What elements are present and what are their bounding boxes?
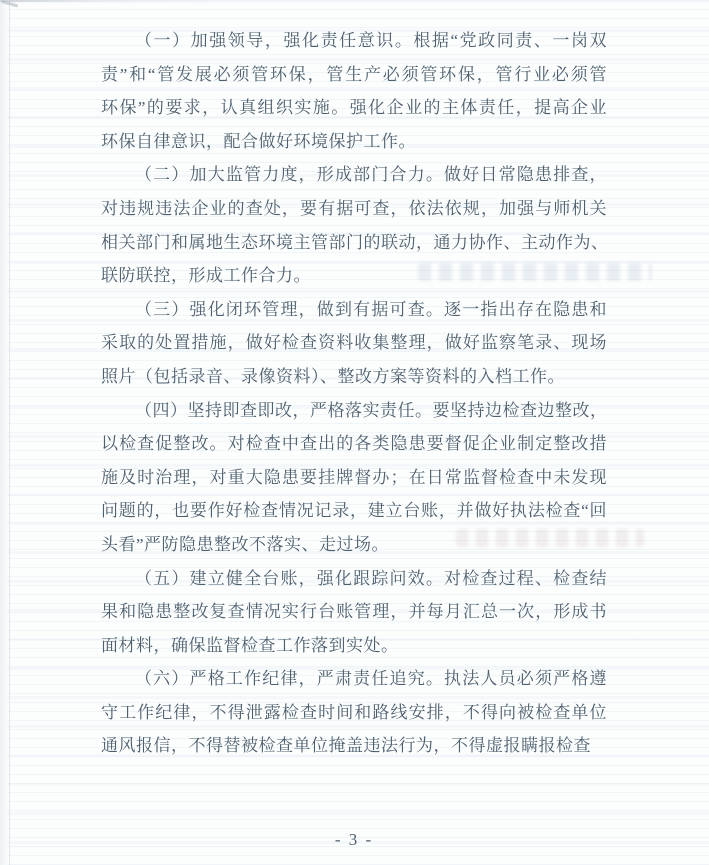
paragraph: （五）建立健全台账，强化跟踪问效。对检查过程、检查结果和隐患整改复查情况实行台账…	[101, 562, 607, 663]
text-line: 采取的处置措施，做好检查资料收集整理，做好监察笔录、现场	[101, 326, 607, 360]
text-line: （五）建立健全台账，强化跟踪问效。对检查过程、检查结	[101, 562, 607, 596]
text-line: （一）加强领导，强化责任意识。根据“党政同责、一岗双	[101, 24, 607, 58]
text-line: 果和隐患整改复查情况实行台账管理，并每月汇总一次，形成书	[101, 595, 607, 629]
text-line: 环保自律意识，配合做好环境保护工作。	[101, 125, 607, 159]
paragraph: （一）加强领导，强化责任意识。根据“党政同责、一岗双责”和“管发展必须管环保，管…	[101, 24, 607, 158]
text-line: 责”和“管发展必须管环保，管生产必须管环保，管行业必须管	[101, 58, 607, 92]
text-line: 相关部门和属地生态环境主管部门的联动，通力协作、主动作为、	[101, 226, 607, 260]
text-line: 照片（包括录音、录像资料）、整改方案等资料的入档工作。	[101, 360, 607, 394]
paragraph: （六）严格工作纪律，严肃责任追究。执法人员必须严格遵守工作纪律，不得泄露检查时间…	[101, 662, 607, 763]
document-text-block: （一）加强领导，强化责任意识。根据“党政同责、一岗双责”和“管发展必须管环保，管…	[101, 24, 607, 763]
scan-left-edge-strip	[0, 0, 9, 865]
text-line: （四）坚持即查即改，严格落实责任。要坚持边检查边整改，	[101, 394, 607, 428]
paragraph: （四）坚持即查即改，严格落实责任。要坚持边检查边整改，以检查促整改。对检查中查出…	[101, 394, 607, 562]
text-line: 对违规违法企业的查处，要有据可查，依法依规，加强与师机关	[101, 192, 607, 226]
text-line: 施及时治理，对重大隐患要挂牌督办；在日常监督检查中未发现	[101, 461, 607, 495]
text-line: （三）强化闭环管理，做到有据可查。逐一指出存在隐患和	[101, 293, 607, 327]
page-number: - 3 -	[101, 830, 607, 850]
paragraph: （三）强化闭环管理，做到有据可查。逐一指出存在隐患和采取的处置措施，做好检查资料…	[101, 293, 607, 394]
text-line: 联防联控，形成工作合力。	[101, 259, 607, 293]
paragraph: （二）加大监管力度，形成部门合力。做好日常隐患排查，对违规违法企业的查处，要有据…	[101, 158, 607, 292]
text-line: （六）严格工作纪律，严肃责任追究。执法人员必须严格遵	[101, 662, 607, 696]
scan-top-edge-line	[0, 0, 220, 2]
text-line: 通风报信，不得替被检查单位掩盖违法行为，不得虚报瞒报检查	[101, 729, 607, 763]
scanned-document-page: （一）加强领导，强化责任意识。根据“党政同责、一岗双责”和“管发展必须管环保，管…	[0, 0, 709, 865]
text-line: 头看”严防隐患整改不落实、走过场。	[101, 528, 607, 562]
text-line: 面材料，确保监督检查工作落到实处。	[101, 629, 607, 663]
text-line: 以检查促整改。对检查中查出的各类隐患要督促企业制定整改措	[101, 427, 607, 461]
scan-left-edge-line	[9, 0, 10, 865]
text-line: （二）加大监管力度，形成部门合力。做好日常隐患排查，	[101, 158, 607, 192]
text-line: 问题的，也要作好检查情况记录，建立台账，并做好执法检查“回	[101, 494, 607, 528]
text-line: 环保”的要求，认真组织实施。强化企业的主体责任，提高企业	[101, 91, 607, 125]
text-line: 守工作纪律，不得泄露检查时间和路线安排，不得向被检查单位	[101, 696, 607, 730]
